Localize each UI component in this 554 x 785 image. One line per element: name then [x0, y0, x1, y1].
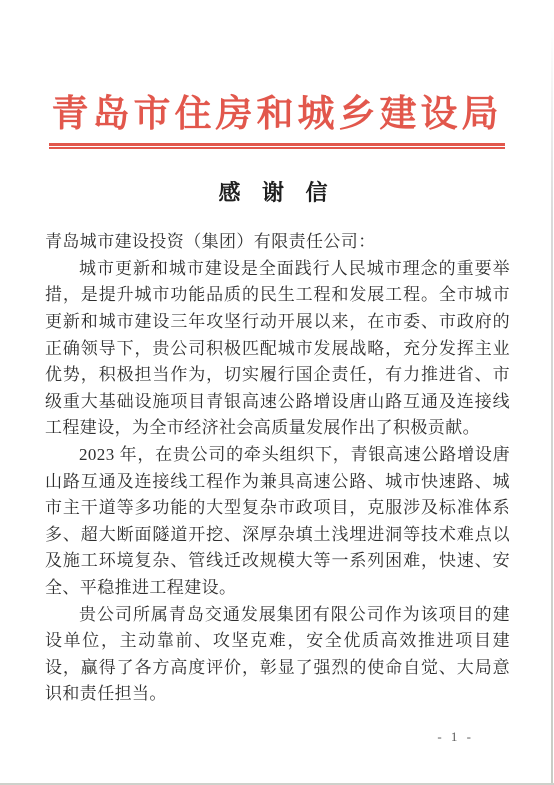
page-number: - 1 -	[437, 729, 474, 745]
letterhead-rule	[49, 143, 505, 149]
salutation: 青岛城市建设投资（集团）有限责任公司：	[45, 229, 510, 256]
letterhead: 青岛市住房和城乡建设局	[0, 0, 554, 149]
document-title: 感 谢 信	[0, 176, 554, 207]
letter-body: 青岛城市建设投资（集团）有限责任公司： 城市更新和城市建设是全面践行人民城市理念…	[45, 229, 510, 708]
body-paragraph: 2023 年，在贵公司的牵头组织下，青银高速公路增设唐山路互通及连接线工程作为兼…	[45, 442, 510, 602]
body-paragraph: 城市更新和城市建设是全面践行人民城市理念的重要举措，是提升城市功能品质的民生工程…	[45, 256, 510, 442]
letterhead-title: 青岛市住房和城乡建设局	[52, 92, 503, 138]
scan-edge-right	[551, 30, 553, 785]
body-paragraph: 贵公司所属青岛交通发展集团有限公司作为该项目的建设单位，主动靠前、攻坚克难，安全…	[45, 602, 510, 708]
scanned-letter-page: 青岛市住房和城乡建设局 感 谢 信 青岛城市建设投资（集团）有限责任公司： 城市…	[0, 0, 554, 785]
